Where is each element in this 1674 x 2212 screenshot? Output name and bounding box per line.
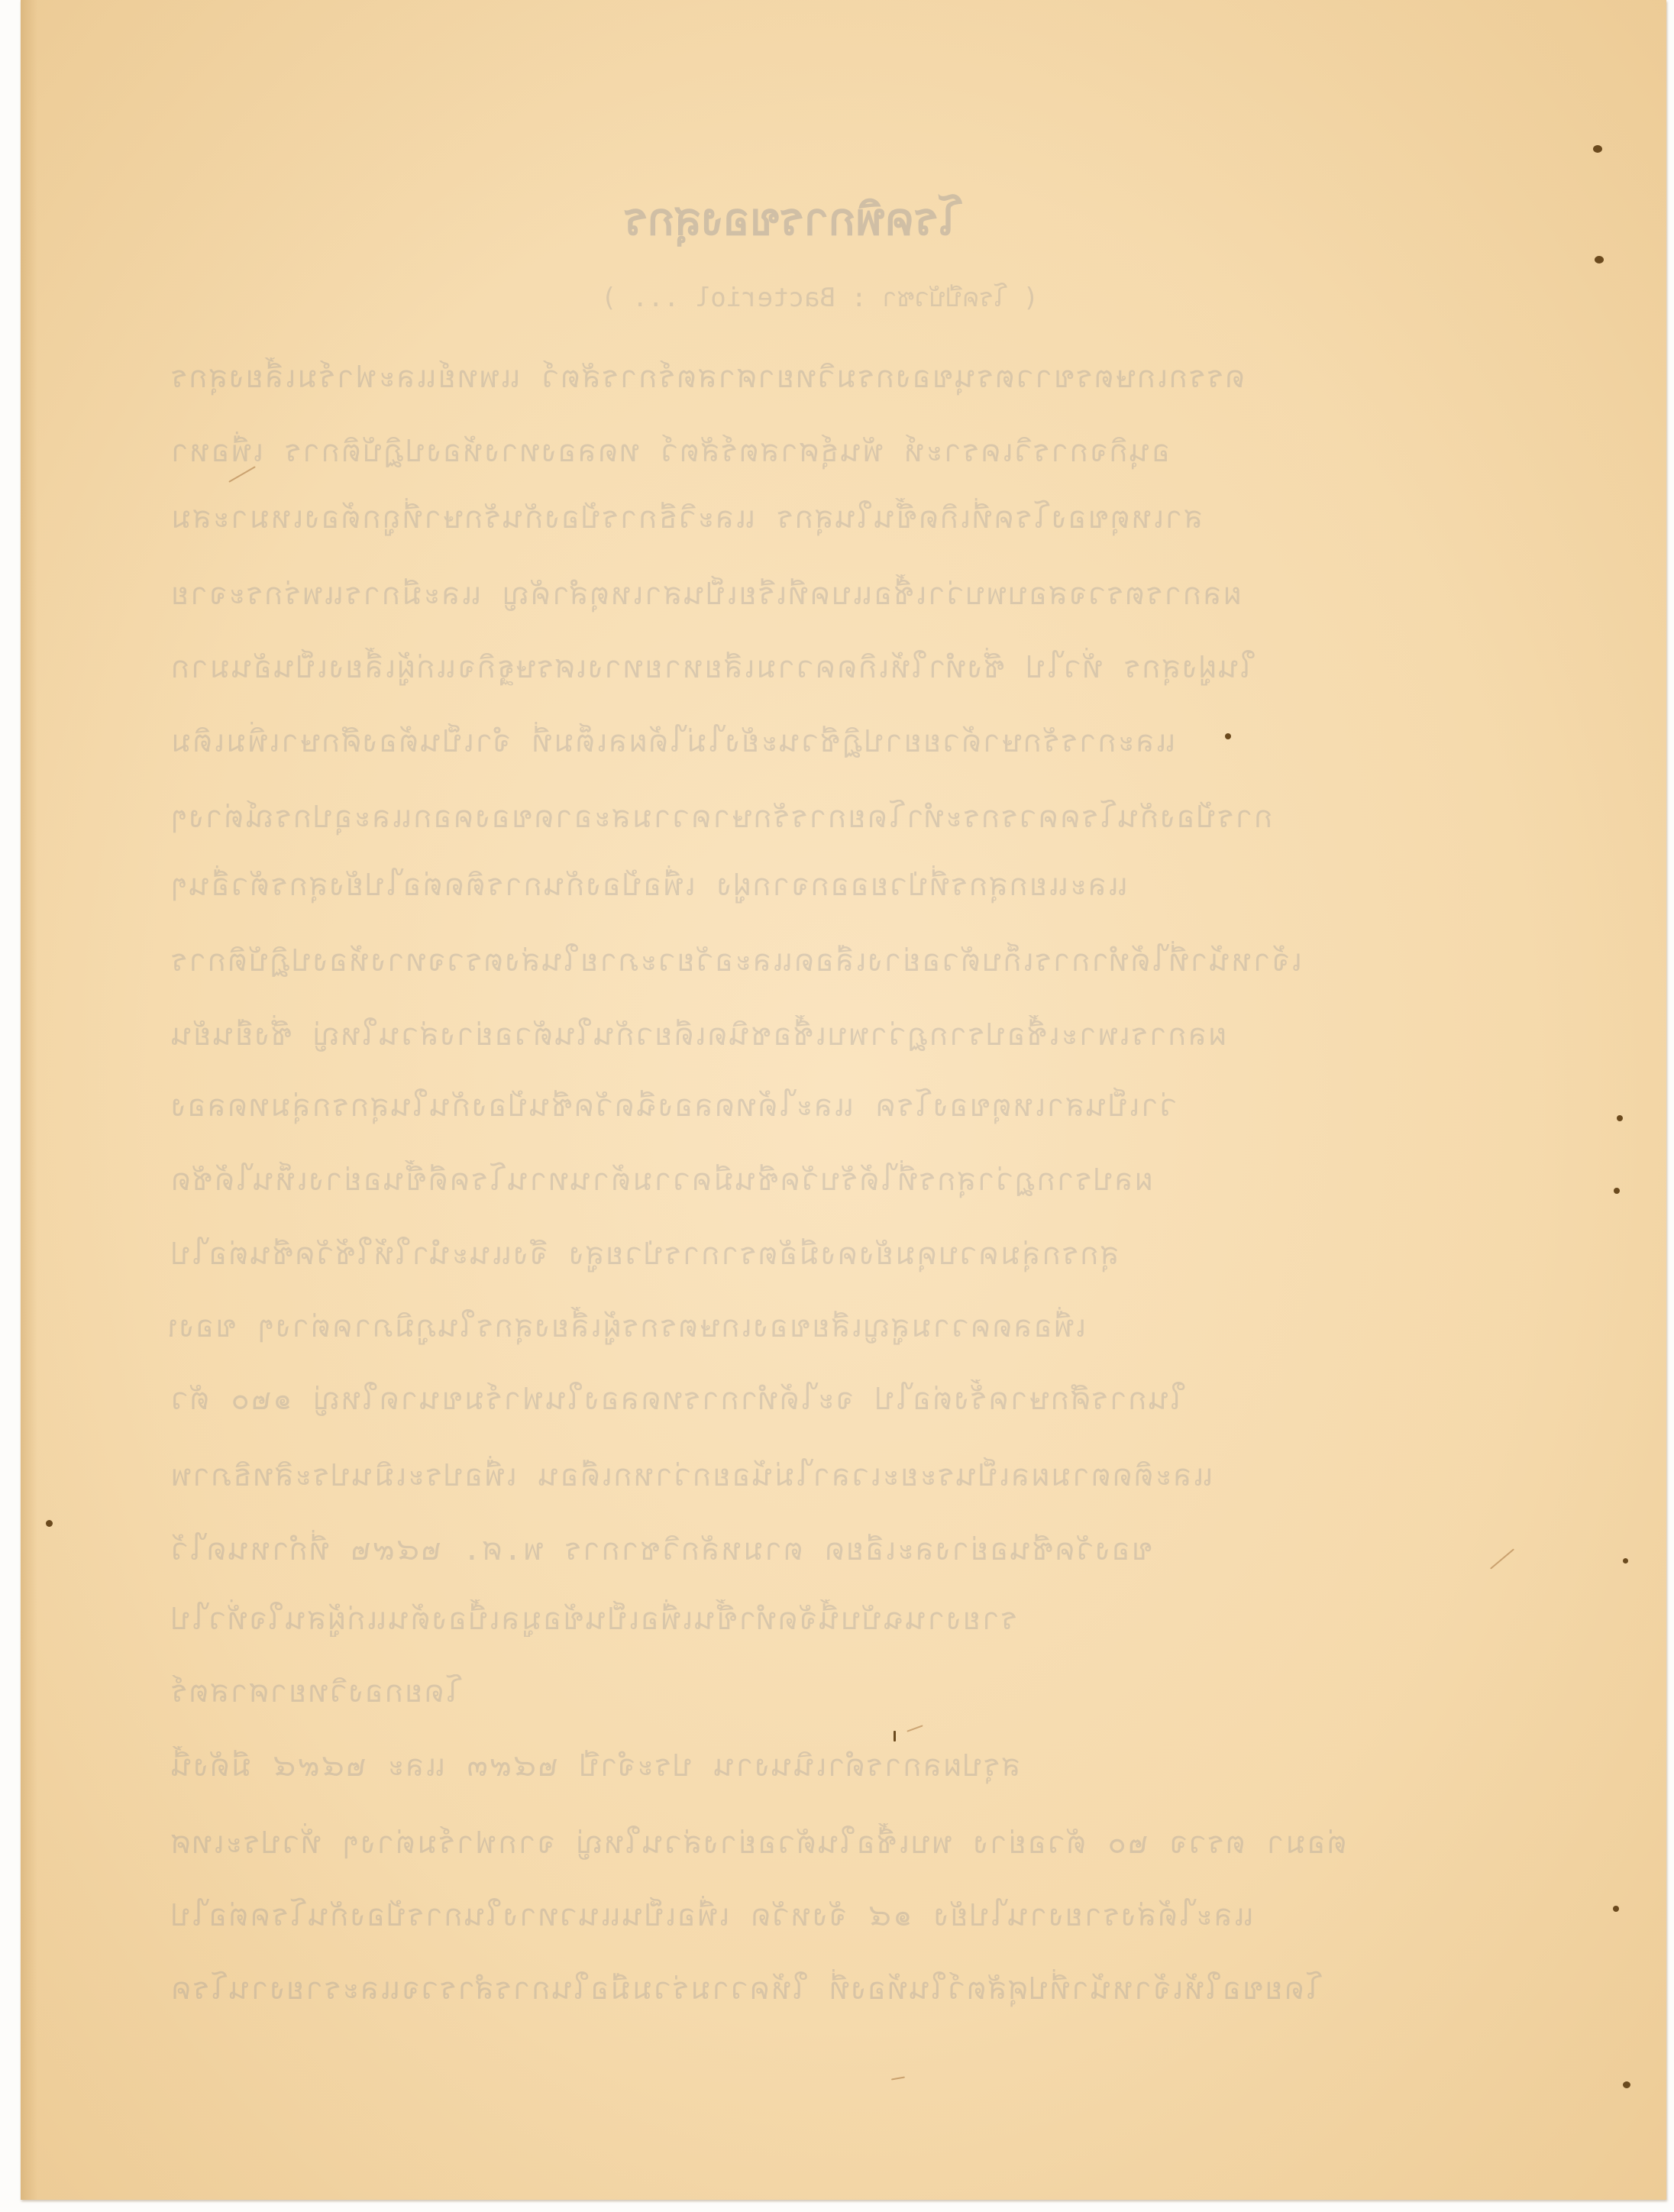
paper-speck (1623, 2081, 1630, 2088)
paper-speck (894, 1731, 896, 1741)
paper-speck (1623, 1558, 1628, 1564)
text-line: ผลปรากฏว่าสุกรที่ได้รับวัคซีนมีความต้านท… (170, 1160, 1544, 1200)
paper-speck (1595, 256, 1604, 264)
text-line: ต่อมา ตรวจ ๒๐ ตัวอย่าง พบเชื้อในตัวอย่าง… (170, 1823, 1544, 1863)
text-line: และการรักษาด้วยยาปฏิชีวนะยังไม่ได้ผลเต็ม… (170, 722, 1544, 762)
text-line: ในการศึกษาครั้งต่อไป จะได้ทำการทดลองในฟา… (170, 1379, 1544, 1419)
text-line: เพื่อลดความสูญเสียของเกษตรกรผู้เลี้ยงสุก… (170, 1307, 1086, 1347)
text-line: และแยกสุกรที่ป่วยออกจากฝูง เพื่อป้องกันก… (170, 865, 1544, 905)
text-line: อนุกิจการวิเคราะห์ พันธุ์ศาสตร์สัตว์ ทดล… (170, 432, 1544, 471)
text-line: และติดตามผลเป็นระยะเวลาไม่น้อยกว่าหกเดือ… (170, 1456, 1544, 1496)
text-line: ของวัคซีนอย่างละเอียด ตามหลักวิชาการ พ.ศ… (170, 1530, 1544, 1570)
paper-speck (1617, 1115, 1623, 1121)
text-line: ว่าเป็นสาเหตุของโรค และได้ทดลองฉีดวัคซีน… (170, 1086, 1544, 1126)
text-line: โดยกองวิทยาศาสตร์ (170, 1672, 628, 1712)
text-line: การป้องกันโรคควรกระทำโดยการรักษาความสะอา… (170, 797, 1544, 837)
paper-speck (1593, 145, 1602, 153)
text-line: ผลการเพาะเชื้อปรากฏว่าพบเชื้อชนิดเดียวกั… (170, 1015, 1544, 1055)
text-line: รายงานฉบับนี้จัดทำขึ้นเพื่อเป็นข้อมูลเบื… (170, 1599, 1544, 1639)
page-title: โรคพิการของสุกร (624, 183, 962, 254)
paper-fiber (891, 2076, 905, 2080)
page-subtitle: ( โรคปีบัวซา : Bacteriol ... ) (601, 276, 1039, 318)
document-page: โรคพิการของสุกร ( โรคปีบัวซา : Bacteriol… (21, 0, 1666, 2200)
text-line: สาเหตุของโรคที่เกิดขึ้นในสุกร และวิธีการ… (170, 498, 1544, 538)
text-line: สรุปผลการดำเนินงาน ประจำปี ๒๔๙๓ และ ๒๔๙๔… (170, 1746, 1544, 1786)
text-line: ดรรกเกษตรขาวตรนุของกรมวิทยาศาสตร์การสัตว… (170, 357, 1544, 397)
text-line: สุกรกลุ่มควบคุมยังคงมีอัตราการป่วยสูง จึ… (170, 1234, 1544, 1274)
text-line: โดยขอให้เจ้าหน้าที่ปศุสัตว์ในท้องที่ ให้… (170, 1969, 1544, 2009)
text-line: เจ้าหน้าที่ได้ทำการเก็บตัวอย่างเลือดและอ… (170, 941, 1544, 981)
paper-speck (46, 1520, 53, 1527)
text-line: ผลการตรวจสอบพบว่าเชื้อแบคทีเรียเป็นสาเหต… (170, 574, 1544, 614)
text-line: และได้ส่งรายงานไปยัง ๑๔ จังหวัด เพื่อเป็… (170, 1896, 1544, 1935)
paper-fiber (906, 1725, 923, 1732)
text-line: ในฝูงสุกร ทั่วไป ซึ่งทำให้เกิดความเสียหา… (170, 648, 1544, 687)
paper-speck (1225, 733, 1231, 739)
paper-speck (1614, 1188, 1620, 1194)
paper-speck (1613, 1906, 1619, 1912)
